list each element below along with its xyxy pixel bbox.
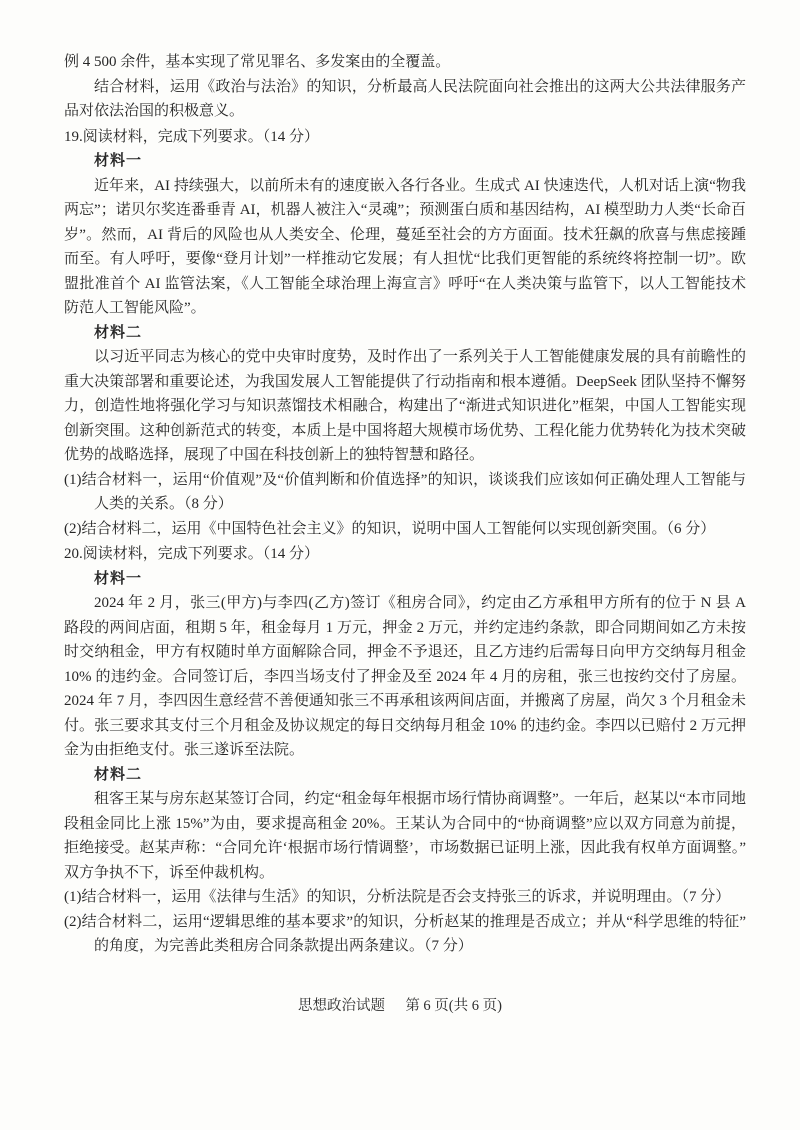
q20-material-2-label: 材料二 [64, 763, 746, 788]
exam-paper-page: 例 4 500 余件，基本实现了常见罪名、多发案由的全覆盖。 结合材料，运用《政… [0, 0, 800, 1130]
footer-paper-title: 思想政治试题 [298, 998, 385, 1014]
page-footer: 思想政治试题第 6 页(共 6 页) [0, 994, 800, 1015]
q19-material-2-label: 材料二 [64, 321, 746, 346]
q19-material-1-label: 材料一 [64, 149, 746, 174]
q20-material-2-paragraph: 租客王某与房东赵某签订合同，约定“租金每年根据市场行情协商调整”。一年后，赵某以… [64, 787, 746, 885]
question-19-header: 19.阅读材料，完成下列要求。（14 分） [64, 125, 746, 150]
footer-page-number: 第 6 页(共 6 页) [405, 998, 502, 1014]
q20-material-1-label: 材料一 [64, 567, 746, 592]
q19-material-2-paragraph: 以习近平同志为核心的党中央审时度势，及时作出了一系列关于人工智能健康发展的具有前… [64, 345, 746, 468]
q20-subquestion-1: (1)结合材料一，运用《法律与生活》的知识，分析法院是否会支持张三的诉求，并说明… [64, 885, 746, 910]
exam-paper-content: 例 4 500 余件，基本实现了常见罪名、多发案由的全覆盖。 结合材料，运用《政… [64, 50, 746, 959]
question-20-header: 20.阅读材料，完成下列要求。（14 分） [64, 542, 746, 567]
carryover-line: 例 4 500 余件，基本实现了常见罪名、多发案由的全覆盖。 [64, 50, 746, 75]
q19-subquestion-1: (1)结合材料一，运用“价值观”及“价值判断和价值选择”的知识，谈谈我们应该如何… [64, 468, 746, 517]
q19-material-1-paragraph: 近年来，AI 持续强大，以前所未有的速度嵌入各行各业。生成式 AI 快速迭代，人… [64, 174, 746, 321]
q20-material-1-paragraph: 2024 年 2 月，张三(甲方)与李四(乙方)签订《租房合同》，约定由乙方承租… [64, 591, 746, 763]
q20-subquestion-2: (2)结合材料二，运用“逻辑思维的基本要求”的知识，分析赵某的推理是否成立；并从… [64, 910, 746, 959]
q18-followup-requirement: 结合材料，运用《政治与法治》的知识，分析最高人民法院面向社会推出的这两大公共法律… [64, 75, 746, 124]
q19-subquestion-2: (2)结合材料二，运用《中国特色社会主义》的知识，说明中国人工智能何以实现创新突… [64, 517, 746, 542]
